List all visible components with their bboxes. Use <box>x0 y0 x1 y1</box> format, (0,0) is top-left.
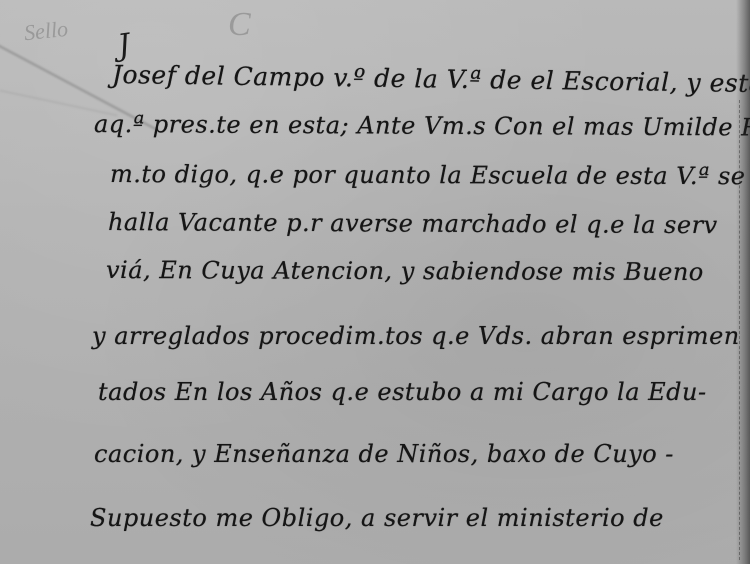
manuscript-line-2: aq.ª pres.te en esta; Ante Vm.s Con el m… <box>94 110 750 142</box>
heading-flourish: J <box>116 27 133 63</box>
manuscript-page: Sello C J Josef del Campo v.º de la V.ª … <box>0 0 750 564</box>
manuscript-line-7: tados En los Años q.e estubo a mi Cargo … <box>98 378 707 406</box>
manuscript-line-3: m.to digo, q.e por quanto la Escuela de … <box>110 160 746 190</box>
page-edge-marks <box>739 100 746 560</box>
manuscript-line-8: cacion, y Enseñanza de Niños, baxo de Cu… <box>94 440 674 468</box>
manuscript-line-1: Josef del Campo v.º de la V.ª de el Esco… <box>112 60 750 99</box>
faded-stamp-top-left: Sello <box>23 16 69 46</box>
manuscript-line-4: halla Vacante p.r averse marchado el q.e… <box>108 208 718 239</box>
faded-mark-top-center: C <box>228 6 251 44</box>
manuscript-line-9: Supuesto me Obligo, a servir el minister… <box>90 504 664 532</box>
manuscript-line-5: viá, En Cuya Atencion, y sabiendose mis … <box>106 256 704 286</box>
manuscript-line-6: y arreglados procedim.tos q.e Vds. abran… <box>92 322 740 350</box>
